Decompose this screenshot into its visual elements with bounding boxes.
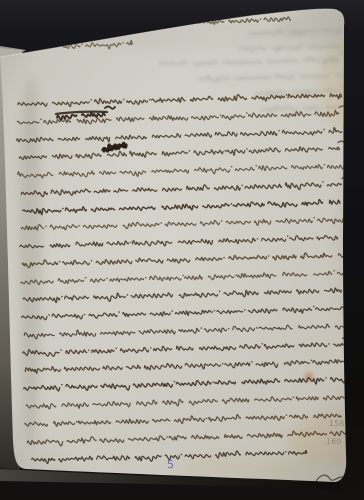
manuscript-photo: 5 158160 [0,0,364,500]
manuscript-scan [0,0,364,500]
